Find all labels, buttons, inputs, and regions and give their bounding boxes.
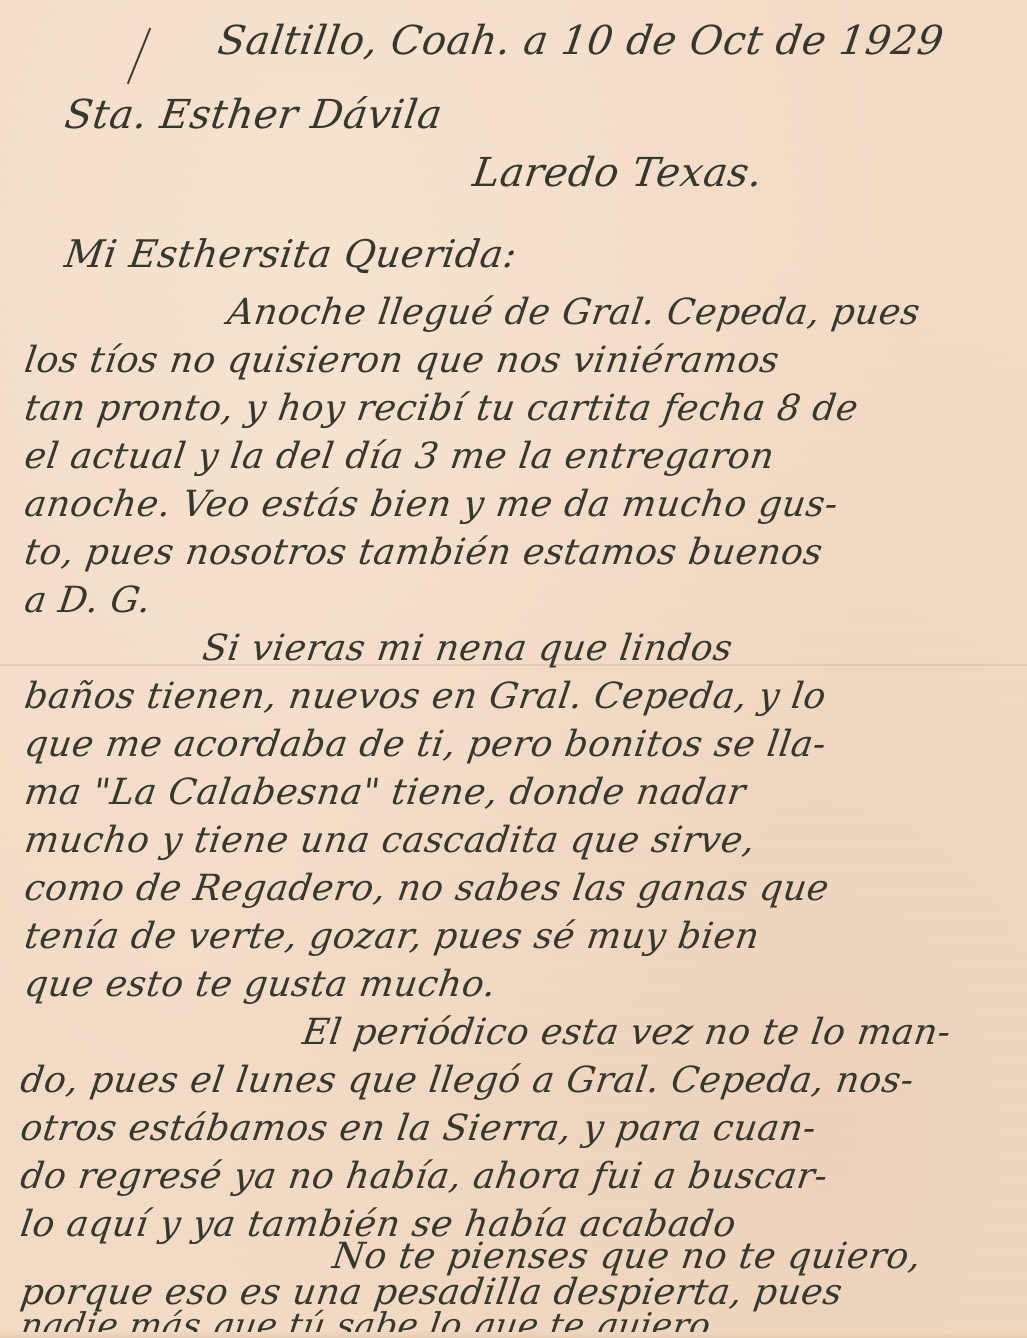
body-line: el actual y la del día 3 me la entregaro… <box>22 436 777 477</box>
body-line: los tíos no quisieron que nos viniéramos <box>22 340 782 381</box>
paper-edge <box>0 1332 1027 1338</box>
body-line: Si vieras mi nena que lindos <box>200 628 735 669</box>
salutation: Mi Esthersita Querida: <box>62 232 520 276</box>
body-line: do regresé ya no había, ahora fui a busc… <box>18 1156 830 1197</box>
letter-page: Saltillo, Coah. a 10 de Oct de 1929 Sta.… <box>0 0 1027 1338</box>
body-line: a D. G. <box>22 580 154 621</box>
addressee-location: Laredo Texas. <box>470 150 765 196</box>
body-line: tenía de verte, gozar, pues sé muy bien <box>22 916 762 957</box>
body-line: tan pronto, y hoy recibí tu cartita fech… <box>22 388 861 429</box>
body-line: otros estábamos en la Sierra, y para cua… <box>18 1108 819 1149</box>
place-date: Saltillo, Coah. a 10 de Oct de 1929 <box>215 18 947 64</box>
addressee: Sta. Esther Dávila <box>62 92 445 138</box>
body-line: como de Regadero, no sabes las ganas que <box>22 868 832 909</box>
body-line: ma "La Calabesna" tiene, donde nadar <box>22 772 748 813</box>
body-line: Anoche llegué de Gral. Cepeda, pues <box>225 292 923 333</box>
body-line: que me acordaba de ti, pero bonitos se l… <box>22 724 829 765</box>
body-line: do, pues el lunes que llegó a Gral. Cepe… <box>18 1060 916 1101</box>
pen-stroke <box>127 28 151 84</box>
body-line: mucho y tiene una cascadita que sirve, <box>22 820 758 861</box>
body-line: El periódico esta vez no te lo man- <box>300 1012 953 1053</box>
body-line: baños tienen, nuevos en Gral. Cepeda, y … <box>22 676 829 717</box>
body-line: No te pienses que no te quiero, <box>330 1236 924 1277</box>
body-line: que esto te gusta mucho. <box>22 964 499 1005</box>
body-line: anoche. Veo estás bien y me da mucho gus… <box>22 484 841 525</box>
body-line: to, pues nosotros también estamos buenos <box>22 532 825 573</box>
